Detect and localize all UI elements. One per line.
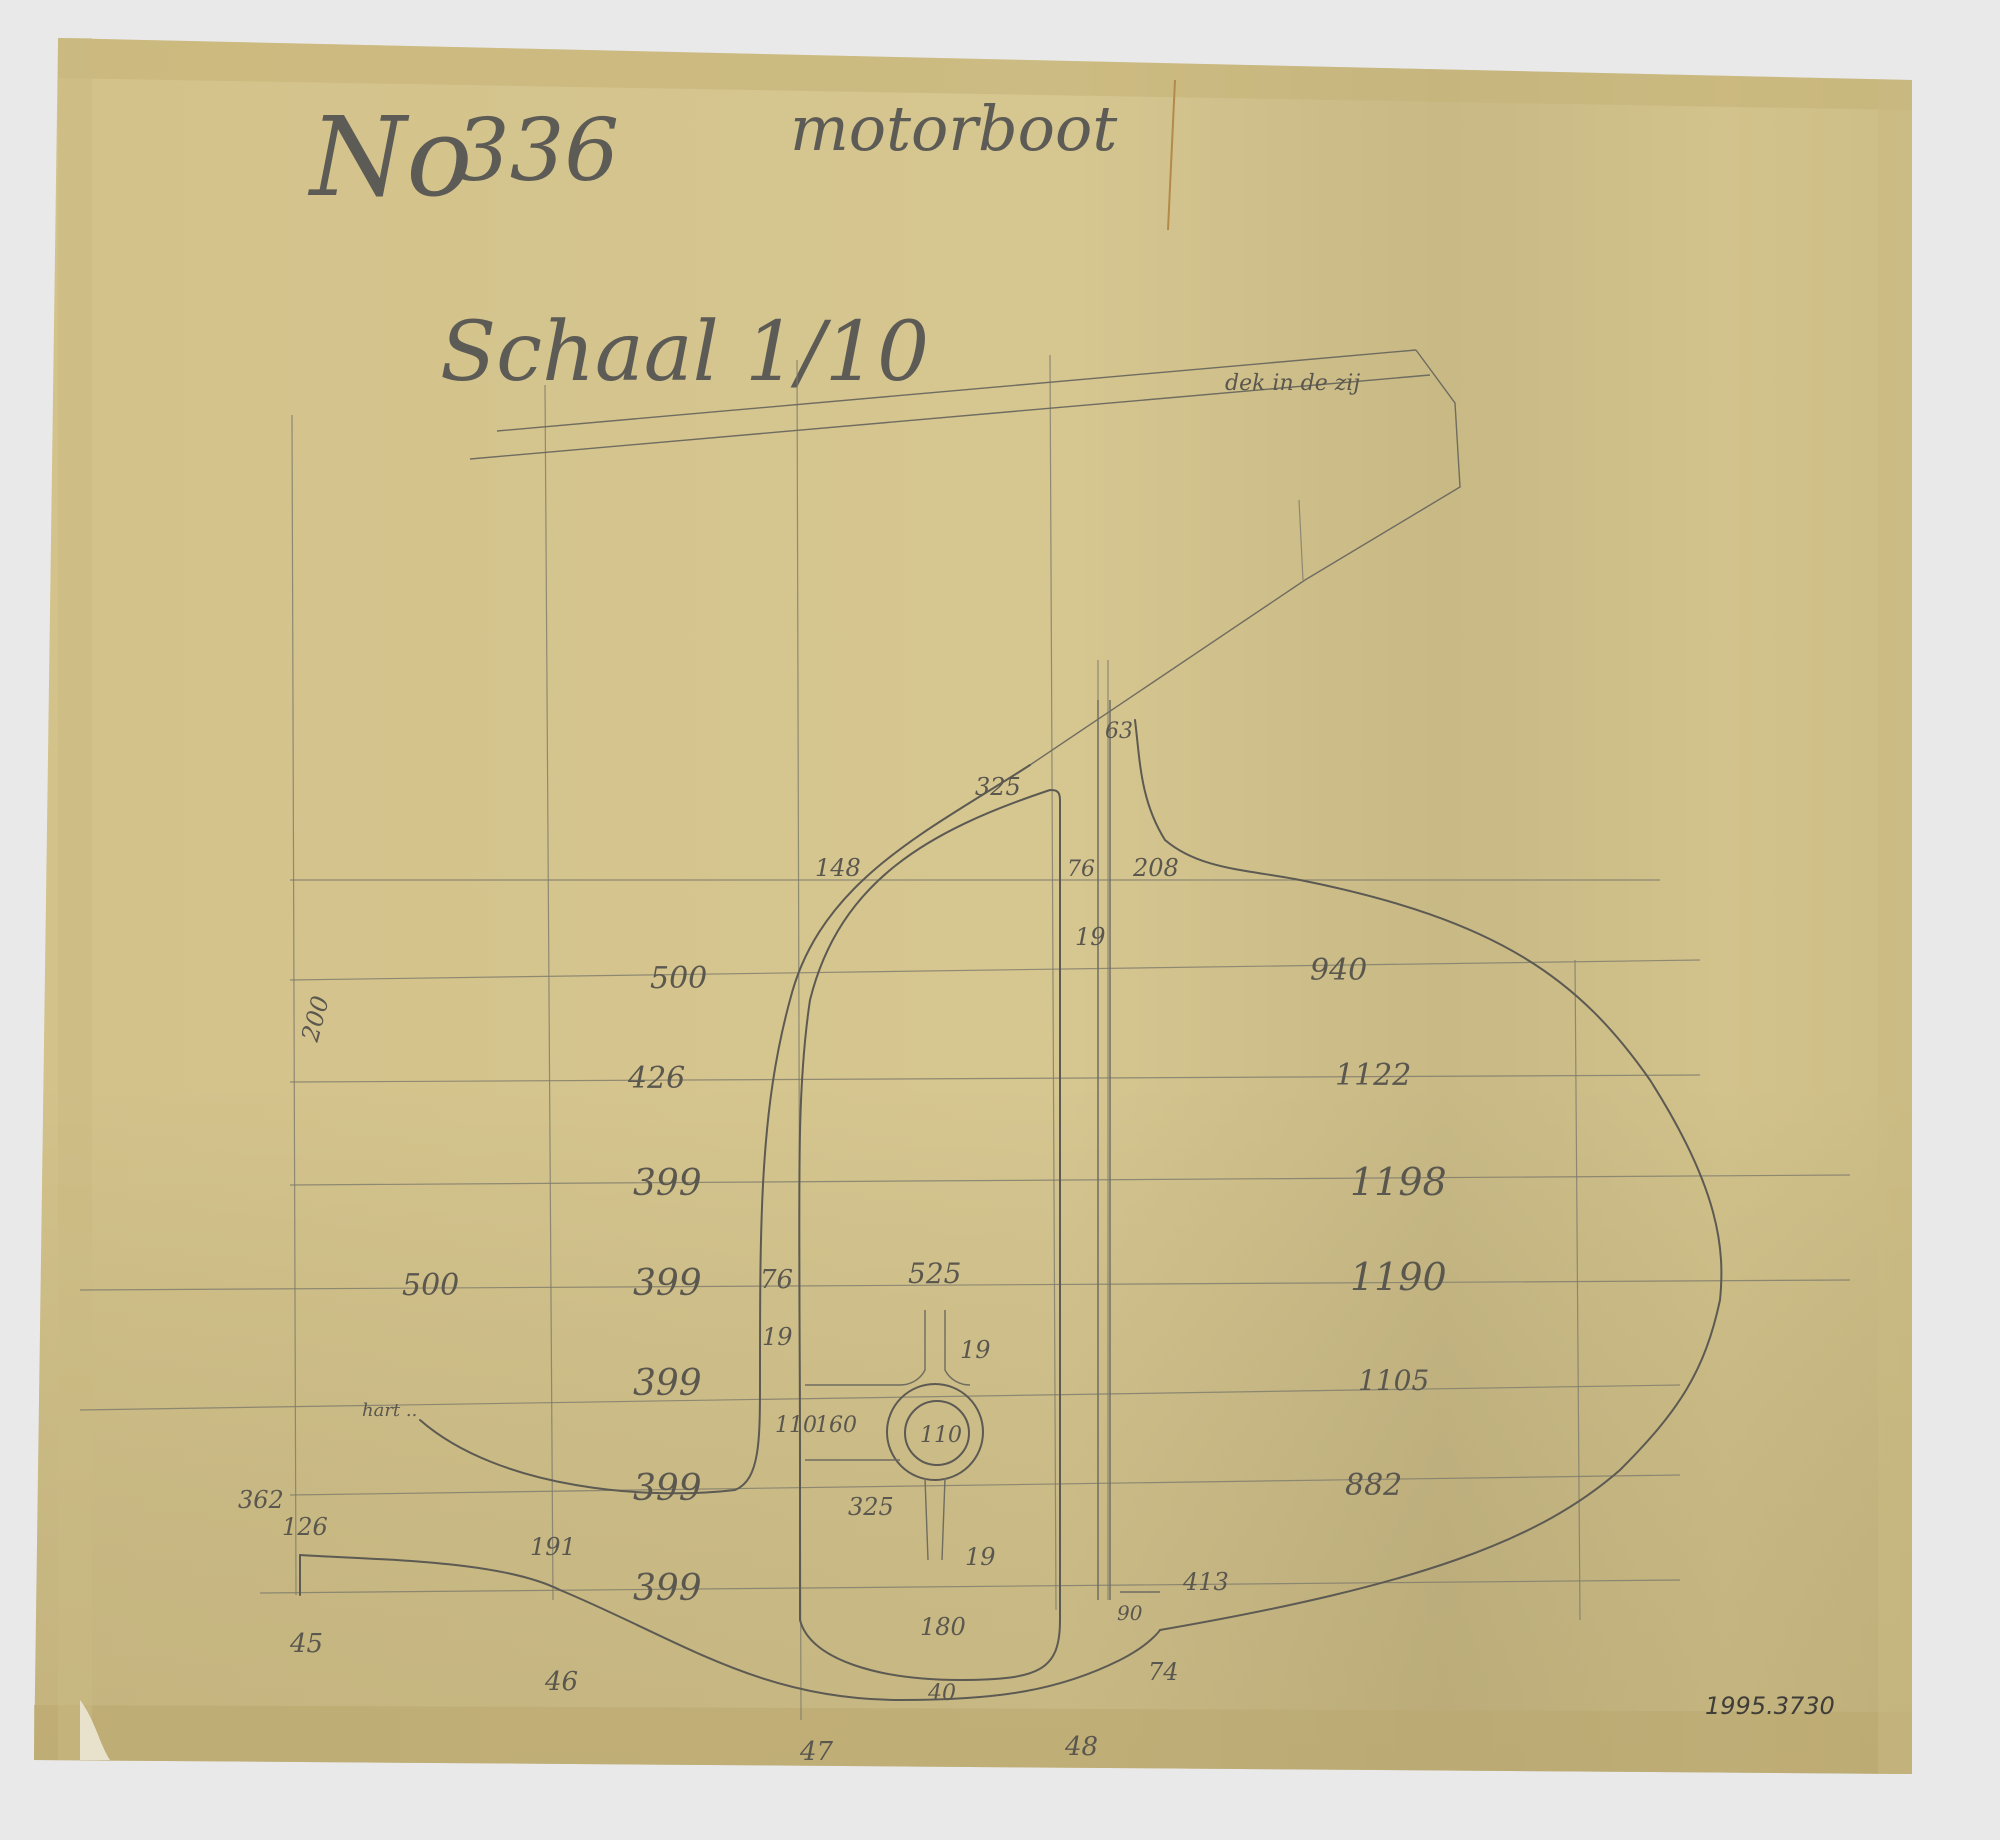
station-46: 46 xyxy=(544,1667,578,1697)
dim-left-426: 426 xyxy=(627,1061,685,1096)
deck-note: dek in de zij xyxy=(1225,371,1360,396)
dim-63: 63 xyxy=(1105,719,1133,744)
dim-19-left: 19 xyxy=(762,1323,793,1351)
dim-right-1105: 1105 xyxy=(1358,1364,1429,1397)
dim-40: 40 xyxy=(927,1681,956,1706)
dim-19-upper: 19 xyxy=(960,1336,991,1364)
dim-76: 76 xyxy=(760,1265,793,1295)
tape-right xyxy=(1878,80,1912,1774)
title-number-prefix: No xyxy=(307,93,472,221)
dim-126: 126 xyxy=(282,1513,328,1541)
dim-180: 180 xyxy=(920,1613,966,1641)
tape-bottom xyxy=(34,1705,1912,1774)
dim-left-399-b: 399 xyxy=(633,1263,702,1304)
dim-325-top: 325 xyxy=(975,773,1021,801)
dim-right-1190: 1190 xyxy=(1350,1255,1447,1299)
keel-note: hart .. xyxy=(362,1400,417,1421)
accession-number: 1995.3730 xyxy=(1705,1692,1835,1720)
dim-325: 325 xyxy=(848,1493,894,1521)
dim-19-lower: 19 xyxy=(965,1543,996,1571)
station-48: 48 xyxy=(1064,1732,1098,1762)
dim-left-399-a: 399 xyxy=(633,1163,702,1204)
dim-110-circle: 110 xyxy=(920,1423,962,1448)
dim-525: 525 xyxy=(908,1257,961,1290)
dim-19-top: 19 xyxy=(1075,923,1106,951)
title-number: 336 xyxy=(455,101,619,201)
station-45: 45 xyxy=(289,1629,323,1659)
scale-note: Schaal 1/10 xyxy=(440,305,929,400)
dim-right-1198: 1198 xyxy=(1350,1160,1447,1204)
dim-208: 208 xyxy=(1132,854,1179,882)
dim-148: 148 xyxy=(815,854,861,882)
title-word: motorboot xyxy=(790,92,1117,165)
dim-left-399-e: 399 xyxy=(633,1568,702,1609)
dim-far-left-500: 500 xyxy=(402,1268,459,1303)
dim-413: 413 xyxy=(1182,1568,1229,1596)
dim-left-399-c: 399 xyxy=(633,1363,702,1404)
dim-160: 160 xyxy=(815,1413,857,1438)
dim-right-882: 882 xyxy=(1345,1468,1402,1503)
dim-191: 191 xyxy=(530,1533,576,1561)
tape-left xyxy=(58,38,92,1760)
dim-right-1122: 1122 xyxy=(1335,1058,1411,1093)
drawing-sheet: No 336 motorboot Schaal 1/10 dek in de z… xyxy=(0,0,2000,1840)
dim-110-left: 110 xyxy=(775,1413,817,1438)
dim-left-399-d: 399 xyxy=(633,1468,702,1509)
dim-right-940: 940 xyxy=(1310,953,1367,988)
station-47: 47 xyxy=(799,1737,834,1767)
dim-76-top: 76 xyxy=(1067,857,1095,882)
dim-left-500: 500 xyxy=(650,961,707,996)
dim-74: 74 xyxy=(1148,1658,1179,1686)
dim-90: 90 xyxy=(1117,1601,1143,1625)
dim-362: 362 xyxy=(238,1486,284,1514)
